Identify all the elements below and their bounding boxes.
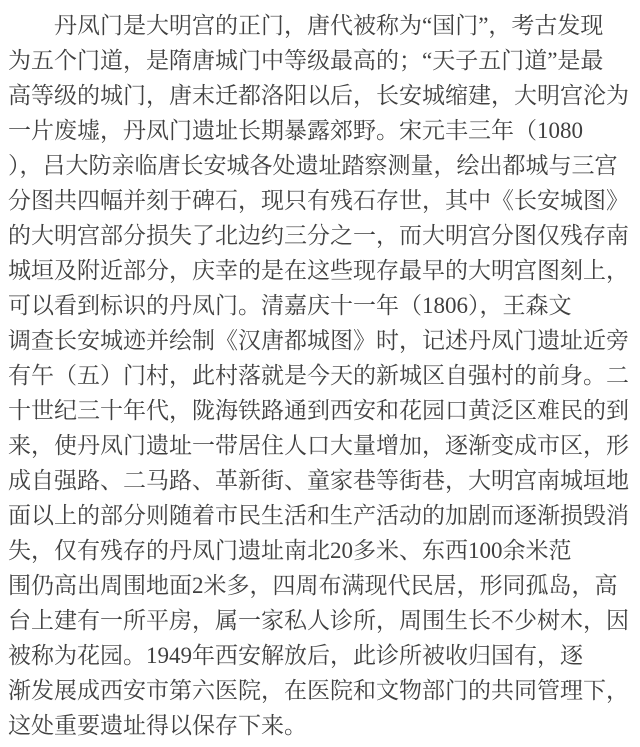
text-line: 围仍高出周围地面2米多，四周布满现代民居，形同孤岛，高 [8,568,632,603]
text-line: 高等级的城门，唐末迁都洛阳以后，长安城缩建，大明宫沦为 [8,78,632,113]
text-line: 渐发展成西安市第六医院，在医院和文物部门的共同管理下， [8,673,632,708]
text-line: 成自强路、二马路、革新街、童家巷等街巷，大明宫南城垣地 [8,463,632,498]
document-page: 丹凤门是大明宫的正门，唐代被称为“国门”，考古发现为五个门道，是隋唐城门中等级最… [0,0,640,743]
text-line: 分图共四幅并刻于碑石，现只有残石存世，其中《长安城图》 [8,183,632,218]
text-line: 的大明宫部分损失了北边约三分之一，而大明宫分图仅残存南 [8,218,632,253]
text-line: 被称为花园。1949年西安解放后，此诊所被收归国有，逐 [8,638,632,673]
text-line: 失，仅有残存的丹凤门遗址南北20多米、东西100余米范 [8,533,632,568]
text-line: 一片废墟，丹凤门遗址长期暴露郊野。宋元丰三年（1080 [8,113,632,148]
text-line: 丹凤门是大明宫的正门，唐代被称为“国门”，考古发现 [8,8,632,43]
text-line: 来，使丹凤门遗址一带居住人口大量增加，逐渐变成市区，形 [8,428,632,463]
text-line: 这处重要遗址得以保存下来。 [8,708,632,743]
text-line: 为五个门道，是隋唐城门中等级最高的；“天子五门道”是最 [8,43,632,78]
text-line: 城垣及附近部分，庆幸的是在这些现存最早的大明宫图刻上， [8,253,632,288]
text-line: 可以看到标识的丹凤门。清嘉庆十一年（1806），王森文 [8,288,632,323]
text-line: 台上建有一所平房，属一家私人诊所，周围生长不少树木，因 [8,603,632,638]
text-line: 调查长安城迹并绘制《汉唐都城图》时，记述丹凤门遗址近旁 [8,323,632,358]
text-line: 十世纪三十年代，陇海铁路通到西安和花园口黄泛区难民的到 [8,393,632,428]
text-line: 有午（五）门村，此村落就是今天的新城区自强村的前身。二 [8,358,632,393]
text-line: 面以上的部分则随着市民生活和生产活动的加剧而逐渐损毁消 [8,498,632,533]
text-line: ），吕大防亲临唐长安城各处遗址踏察测量，绘出都城与三宫 [8,148,632,183]
